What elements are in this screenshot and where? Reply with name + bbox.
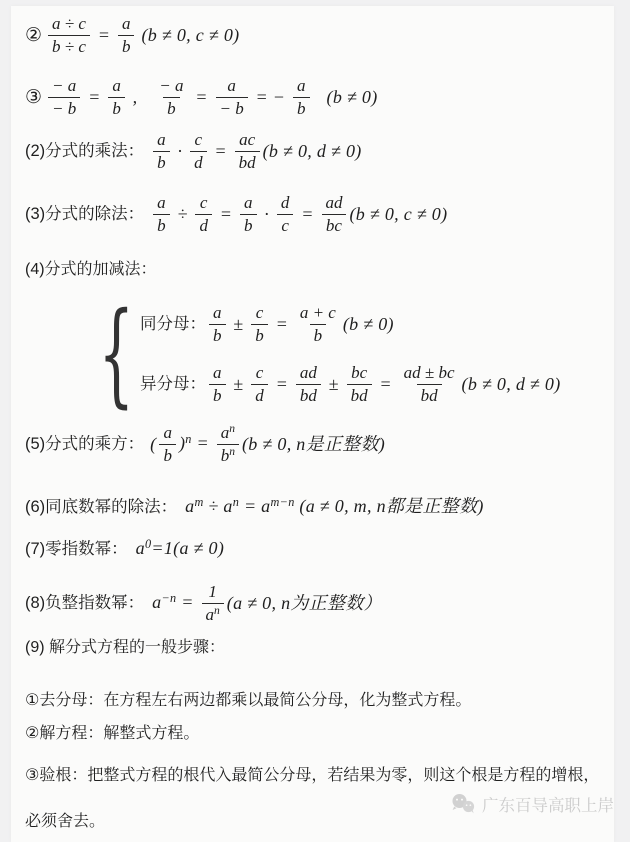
fraction: bcbd — [347, 363, 372, 405]
denominator: b — [310, 324, 327, 346]
fraction: ab — [159, 423, 176, 465]
spacer — [313, 97, 327, 98]
denominator: bd — [417, 384, 442, 406]
spacer — [128, 549, 136, 550]
circled-number: ② — [25, 24, 42, 46]
math-run: (b ≠ 0) — [343, 314, 394, 334]
superscript: n — [214, 604, 220, 617]
math-run: = — [83, 87, 105, 107]
case-different-denominator: 异分母：ab ± cd = adbd ± bcbd = ad ± bcbd(b … — [140, 361, 561, 407]
math-run: ± — [229, 314, 249, 334]
math-run: (b ≠ 0, c ≠ 0) — [349, 204, 447, 224]
numerator: ad ± bc — [400, 363, 459, 384]
math-run: (b ≠ 0, n是正整数) — [242, 434, 385, 454]
label: (3)分式的除法： — [25, 205, 144, 223]
math-run: , — [128, 87, 142, 107]
denominator: bd — [347, 384, 372, 406]
fraction: a + cb — [296, 303, 340, 345]
numerator: a + c — [296, 303, 340, 324]
label: (5)分式的乘方： — [25, 435, 144, 453]
denominator: b — [153, 151, 170, 173]
label: (6)同底数幂的除法： — [25, 498, 177, 516]
numerator: a — [209, 363, 226, 384]
numerator: a — [223, 76, 240, 97]
math-run: am ÷ an = am−n (a ≠ 0, m, n都是正整数) — [185, 496, 484, 516]
fraction: adbc — [321, 193, 346, 235]
denominator: bd — [235, 151, 260, 173]
superscript: 0 — [145, 537, 151, 551]
denominator: bd — [296, 384, 321, 406]
spacer — [144, 214, 150, 215]
rule-division: (3)分式的除法：ab ÷ cd = ab · dc = adbc(b ≠ 0,… — [25, 191, 610, 237]
numerator: ad — [321, 193, 346, 214]
denominator: an — [202, 603, 224, 625]
rule-addsub-title: (4)分式的加减法： — [25, 257, 610, 283]
denominator: b — [153, 214, 170, 236]
fraction: a− b — [216, 76, 248, 118]
numerator: 1 — [204, 582, 221, 603]
label: (2)分式的乘法： — [25, 142, 144, 160]
denominator: − b — [48, 97, 80, 119]
math-run: = — [271, 314, 293, 334]
spacer — [144, 603, 152, 604]
fraction: ab — [118, 14, 135, 56]
superscript: m — [194, 495, 203, 509]
denominator: b — [240, 214, 257, 236]
formula-sub3: ③− a− b = ab , − ab = a− b = − ab(b ≠ 0) — [25, 74, 610, 120]
fraction: ab — [209, 363, 226, 405]
label: (8)负整指数幂： — [25, 594, 144, 612]
watermark: 广东百导高职上岸 — [450, 792, 614, 816]
numerator: a — [240, 193, 257, 214]
numerator: a — [118, 14, 135, 35]
rule-power: (5)分式的乘方：(ab)n = anbn(b ≠ 0, n是正整数) — [25, 420, 610, 466]
denominator: b — [251, 324, 268, 346]
numerator: c — [191, 130, 207, 151]
math-run: · — [173, 141, 187, 161]
denominator: bc — [322, 214, 346, 236]
numerator: a — [108, 76, 125, 97]
step-1: ①去分母：在方程左右两边都乘以最简公分母，化为整式方程。 — [25, 688, 610, 714]
math-run: (b ≠ 0, d ≠ 0) — [462, 374, 561, 394]
numerator: a ÷ c — [48, 14, 90, 35]
case-same-denominator: 同分母：ab ± cb = a + cb(b ≠ 0) — [140, 301, 561, 347]
fraction: acbd — [235, 130, 260, 172]
math-run: = — [375, 374, 397, 394]
label: (7)零指数幂： — [25, 540, 128, 558]
math-run: = — [93, 25, 115, 45]
numerator: ad — [296, 363, 321, 384]
numerator: a — [153, 193, 170, 214]
fraction: cb — [251, 303, 268, 345]
rule-solve-steps-title: (9) 解分式方程的一般步骤： — [25, 635, 610, 661]
math-run: (b ≠ 0, c ≠ 0) — [141, 25, 239, 45]
fraction: anbn — [217, 423, 239, 465]
math-run: = — [271, 374, 293, 394]
superscript: n — [185, 432, 191, 446]
left-curly-brace: { — [99, 301, 116, 407]
math-run: (b ≠ 0, d ≠ 0) — [263, 141, 362, 161]
fraction: 1an — [202, 582, 224, 624]
superscript: n — [229, 422, 235, 435]
math-run: = — [190, 87, 212, 107]
wechat-icon — [450, 793, 476, 815]
superscript: −n — [161, 591, 176, 605]
rule-negative-exponent: (8)负整指数幂：a−n = 1an(a ≠ 0, n为正整数） — [25, 579, 610, 625]
denominator: d — [190, 151, 207, 173]
fraction: cd — [251, 363, 268, 405]
superscript: m−n — [271, 495, 295, 509]
document-content: ②a ÷ cb ÷ c = ab(b ≠ 0, c ≠ 0)③− a− b = … — [25, 6, 610, 842]
denominator: b — [118, 35, 135, 57]
fraction: ab — [153, 193, 170, 235]
denominator: bn — [217, 444, 239, 466]
denominator: b — [209, 324, 226, 346]
fraction: ab — [209, 303, 226, 345]
numerator: a — [159, 423, 176, 444]
fraction: − a− b — [48, 76, 80, 118]
denominator: b — [293, 97, 310, 119]
numerator: a — [153, 130, 170, 151]
denominator: b — [209, 384, 226, 406]
fraction: cd — [195, 193, 212, 235]
numerator: a — [209, 303, 226, 324]
fraction: dc — [277, 193, 294, 235]
fraction: ab — [108, 76, 125, 118]
fraction: adbd — [296, 363, 321, 405]
brace-rows: 同分母：ab ± cb = a + cb(b ≠ 0)异分母：ab ± cd =… — [140, 301, 561, 407]
fraction: ab — [153, 130, 170, 172]
formula-sub2: ②a ÷ cb ÷ c = ab(b ≠ 0, c ≠ 0) — [25, 12, 610, 58]
denominator: b — [108, 97, 125, 119]
numerator: c — [252, 303, 268, 324]
numerator: ac — [235, 130, 259, 151]
rule-multiplication: (2)分式的乘法：ab · cd = acbd(b ≠ 0, d ≠ 0) — [25, 128, 610, 174]
rule-same-base-power-division: (6)同底数幂的除法：am ÷ an = am−n (a ≠ 0, m, n都是… — [25, 488, 610, 524]
denominator: c — [277, 214, 293, 236]
numerator: − a — [155, 76, 187, 97]
fraction: cd — [190, 130, 207, 172]
math-run: ÷ — [173, 204, 193, 224]
addsub-cases: {同分母：ab ± cb = a + cb(b ≠ 0)异分母：ab ± cd … — [90, 301, 610, 407]
math-run: = — [215, 204, 237, 224]
math-run: )n = — [179, 433, 214, 453]
rule-zero-exponent: (7)零指数幂：a0=1(a ≠ 0) — [25, 530, 610, 566]
denominator: d — [251, 384, 268, 406]
fraction: − ab — [155, 76, 187, 118]
math-run: = — [296, 204, 318, 224]
denominator: b — [159, 444, 176, 466]
superscript: n — [233, 495, 239, 509]
math-run: = − — [251, 87, 290, 107]
math-run: a0=1(a ≠ 0) — [136, 538, 224, 558]
math-run: (b ≠ 0) — [327, 87, 378, 107]
denominator: − b — [216, 97, 248, 119]
circled-number: ③ — [25, 86, 42, 108]
fraction: ab — [240, 193, 257, 235]
denominator: b — [163, 97, 180, 119]
math-run: ± — [324, 374, 344, 394]
watermark-label: 广东百导高职上岸 — [482, 792, 614, 816]
math-run: ± — [229, 374, 249, 394]
fraction: ab — [293, 76, 310, 118]
math-run: · — [260, 204, 274, 224]
label: 异分母： — [140, 375, 206, 393]
denominator: b ÷ c — [48, 35, 90, 57]
numerator: d — [277, 193, 294, 214]
spacer — [144, 151, 150, 152]
numerator: bc — [347, 363, 371, 384]
label: 同分母： — [140, 315, 206, 333]
denominator: d — [195, 214, 212, 236]
numerator: c — [196, 193, 212, 214]
step-2: ②解方程：解整式方程。 — [25, 721, 610, 747]
spacer — [142, 97, 152, 98]
numerator: an — [217, 423, 239, 444]
math-run: ( — [150, 434, 156, 454]
numerator: a — [293, 76, 310, 97]
spacer — [177, 507, 185, 508]
math-run: a−n = — [152, 592, 198, 612]
fraction: a ÷ cb ÷ c — [48, 14, 90, 56]
superscript: n — [229, 445, 235, 458]
fraction: ad ± bcbd — [400, 363, 459, 405]
math-run: = — [210, 141, 232, 161]
numerator: − a — [48, 76, 80, 97]
numerator: c — [252, 363, 268, 384]
document-page: { "colors":{ "background":"#f1f1f2", "pa… — [0, 0, 630, 842]
math-run: (a ≠ 0, n为正整数） — [227, 593, 382, 613]
